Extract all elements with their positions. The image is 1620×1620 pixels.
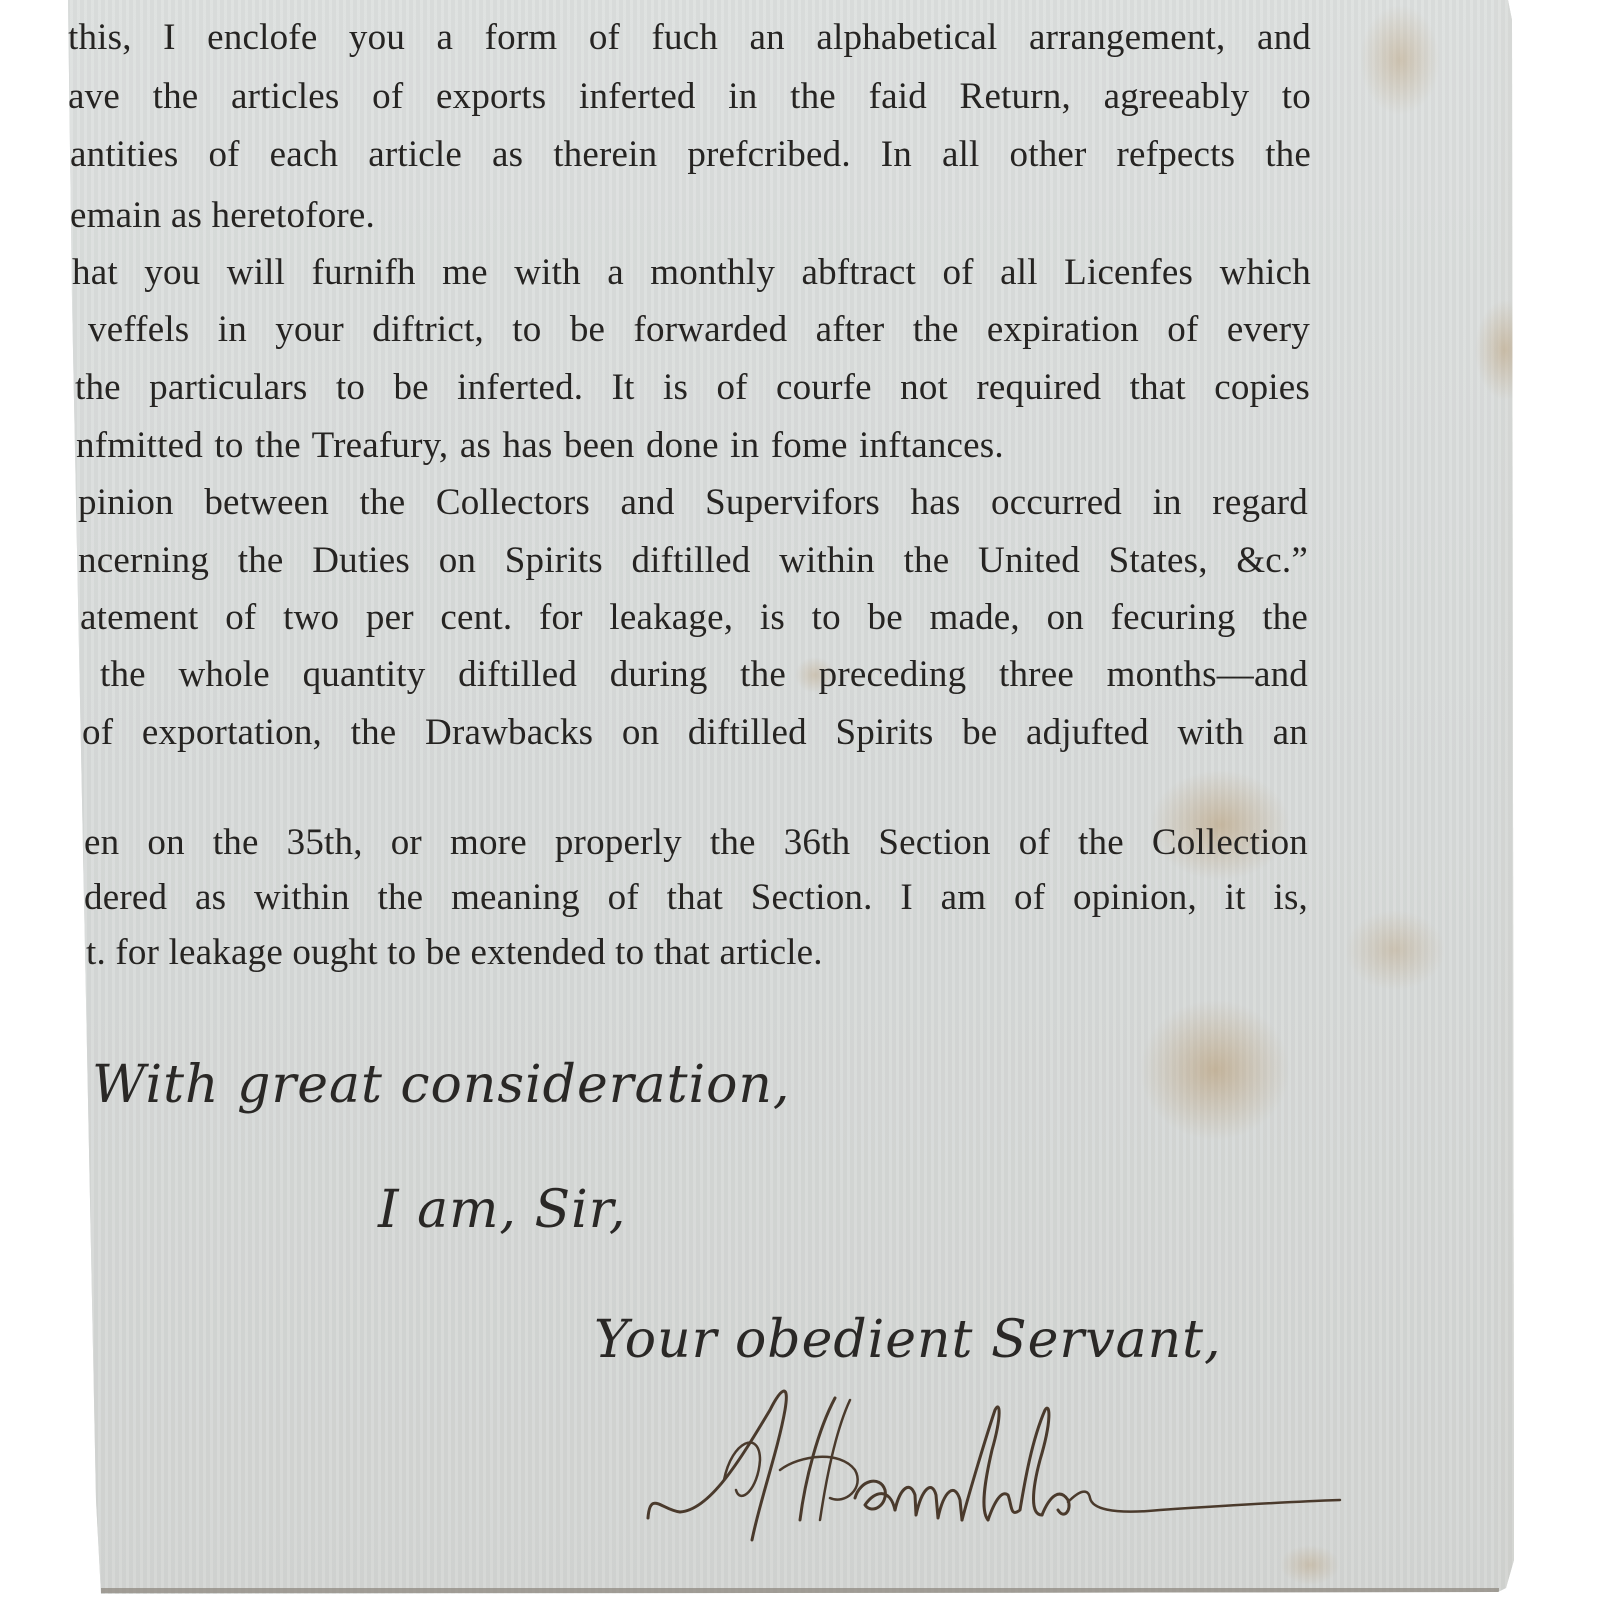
body-line-16: t. for leakage ought to be extended to t… (86, 931, 823, 975)
body-line-7: the particulars to be inferted. It is of… (75, 366, 1310, 410)
body-line-15: dered as within the meaning of that Sect… (84, 876, 1308, 920)
body-line-3: antities of each article as therein pref… (70, 133, 1311, 177)
body-line-4: emain as heretofore. (70, 194, 375, 238)
body-line-9: pinion between the Collectors and Superv… (78, 481, 1308, 525)
body-line-2: ave the articles of exports inferted in … (68, 75, 1311, 119)
closing-i-am-sir: I am, Sir, (378, 1180, 626, 1240)
body-line-8: nfmitted to the Treafury, as has been do… (76, 424, 1004, 468)
body-line-13: of exportation, the Drawbacks on diftill… (82, 711, 1308, 755)
body-line-11: atement of two per cent. for leakage, is… (80, 596, 1308, 640)
body-line-1: this, I enclofe you a form of fuch an al… (68, 16, 1311, 60)
body-line-12: the whole quantity diftilled during the … (100, 653, 1308, 697)
handwritten-signature: A Hamilton (640, 1370, 1360, 1570)
closing-your-obedient-servant: Your obedient Servant, (594, 1310, 1222, 1370)
signature-scrawl-icon (640, 1370, 1360, 1570)
body-line-6: veffels in your diftrict, to be forwarde… (88, 308, 1310, 352)
page-bottom-edge (101, 1588, 1499, 1593)
letter-page: this, I enclofe you a form of fuch an al… (0, 0, 1620, 1620)
body-line-5: hat you will furnifh me with a monthly a… (72, 251, 1311, 295)
closing-with-great-consideration: With great consideration, (92, 1055, 790, 1115)
body-line-14: en on the 35th, or more properly the 36t… (84, 821, 1308, 865)
body-line-10: ncerning the Duties on Spirits diftilled… (78, 539, 1308, 583)
